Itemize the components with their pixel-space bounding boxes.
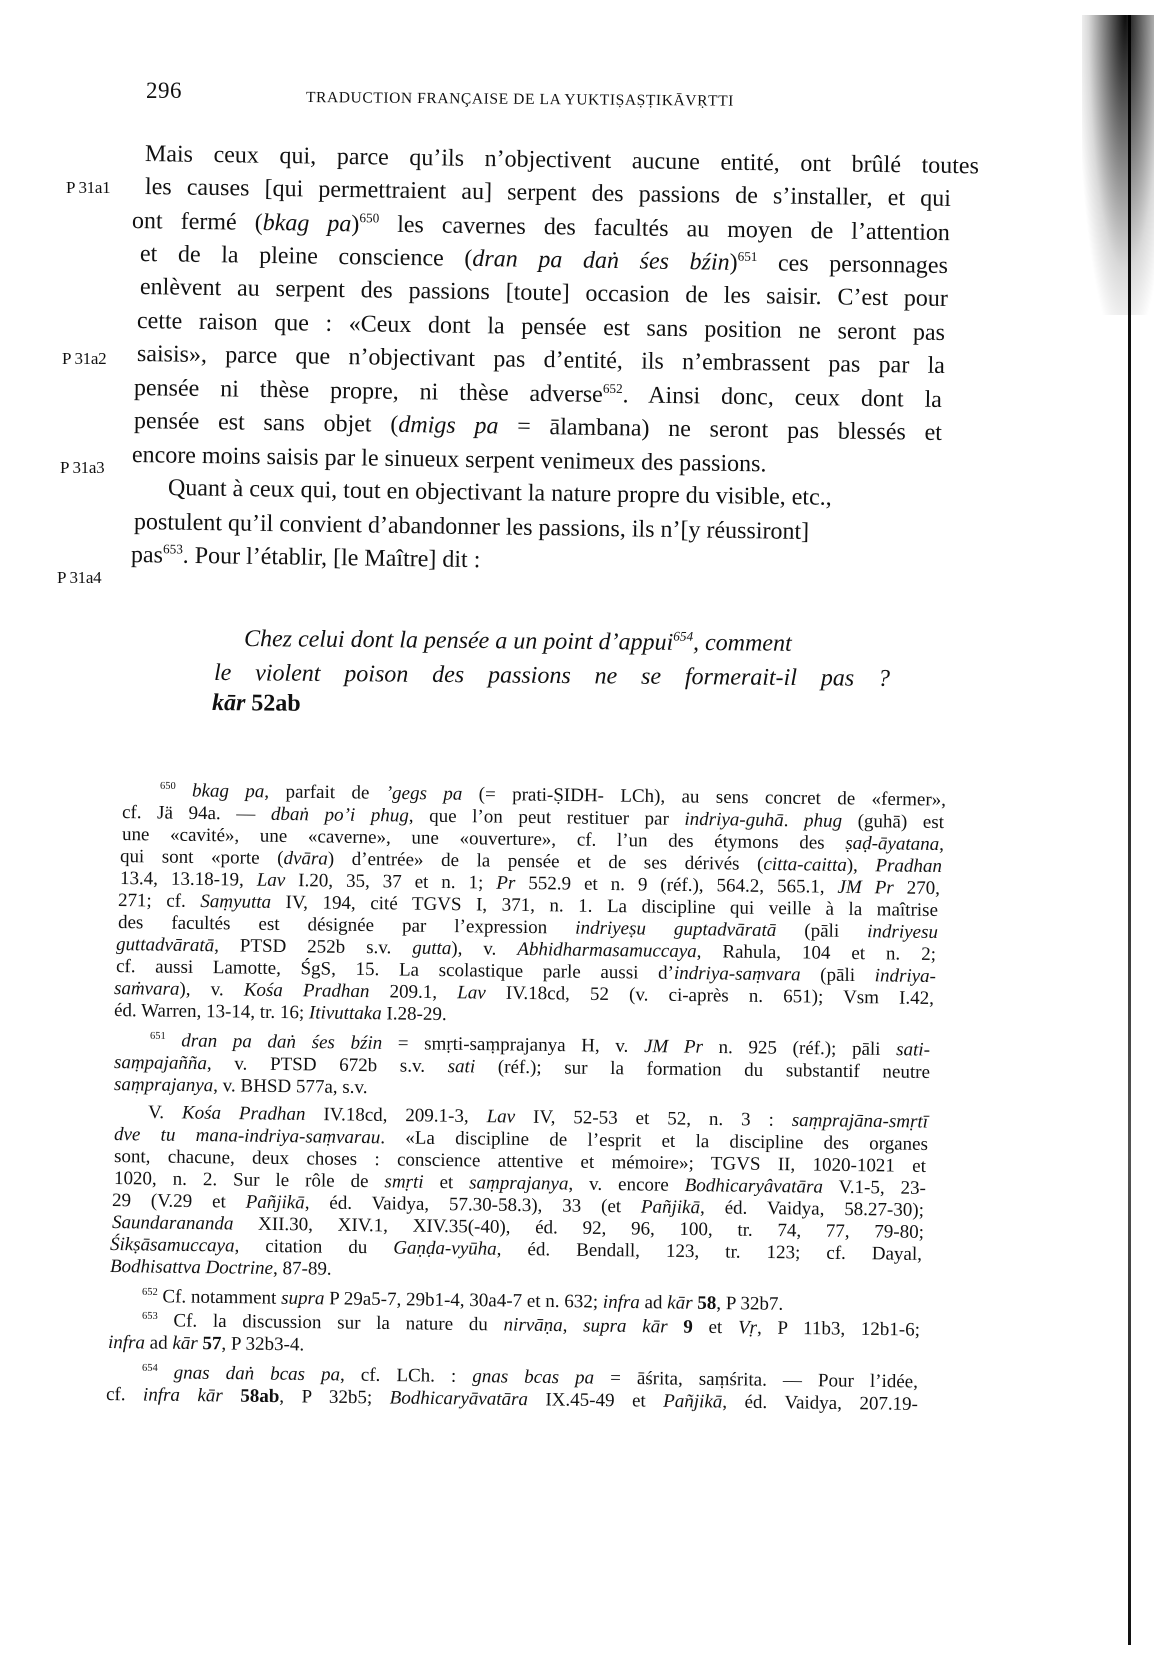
body-line: saisis», parce que n’objectivant pas d’e…	[137, 340, 945, 380]
body-line: postulent qu’il convient d’abandonner le…	[134, 508, 810, 546]
footnote-line: infra ad kār 57, P 32b3-4.	[108, 1332, 304, 1356]
footnote-line: Bodhisattva Doctrine, 87-89.	[110, 1256, 332, 1281]
body-line: pensée est sans objet (dmigs pa = ālamba…	[134, 407, 942, 447]
binding-shadow	[1060, 15, 1170, 1654]
body-line: Quant à ceux qui, tout en objectivant la…	[168, 474, 832, 512]
running-head: 296 TRADUCTION FRANÇAISE DE LA YUKTIṢAṢṬ…	[0, 78, 1170, 118]
body-line: les causes [qui permettraient au] serpen…	[145, 173, 951, 213]
book-page: 296 TRADUCTION FRANÇAISE DE LA YUKTIṢAṢṬ…	[0, 0, 1170, 1654]
verse-line: le violent poison des passions ne se for…	[214, 660, 890, 693]
footnote-line: éd. Warren, 13-14, tr. 16; Itivuttaka I.…	[114, 1000, 447, 1026]
margin-ref-p31a2: P 31a2	[62, 349, 106, 369]
verse-reference: kār 52ab	[212, 690, 301, 718]
body-line: encore moins saisis par le sinueux serpe…	[132, 441, 767, 478]
footnote-line: saṃprajanya, v. BHSD 577a, s.v.	[114, 1074, 368, 1099]
running-title: TRADUCTION FRANÇAISE DE LA YUKTIṢAṢṬIKĀV…	[306, 89, 734, 111]
margin-ref-p31a1: P 31a1	[66, 178, 110, 198]
margin-ref-p31a4: P 31a4	[57, 568, 101, 588]
verse-line: Chez celui dont la pensée a un point d’a…	[244, 626, 792, 658]
margin-ref-p31a3: P 31a3	[60, 458, 104, 478]
page-number: 296	[146, 78, 182, 104]
body-line: enlèvent au serpent des passions [toute]…	[140, 273, 948, 313]
binding-edge-line	[1128, 15, 1131, 1645]
gutter-shadow	[1082, 15, 1154, 315]
body-line: pas653. Pour l’établir, [le Maître] dit …	[131, 541, 481, 574]
